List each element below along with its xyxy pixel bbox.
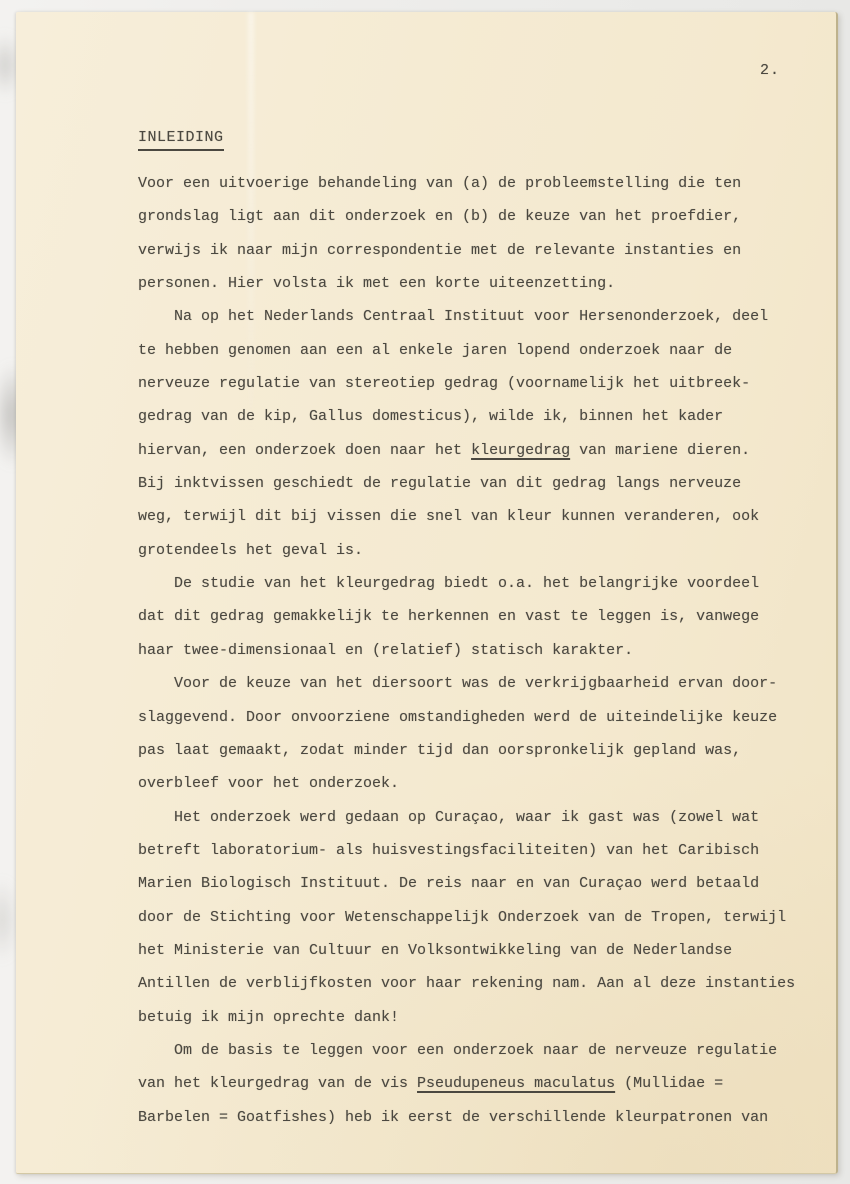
text-line: gedrag van de kip, Gallus domesticus), w…: [138, 405, 828, 438]
text-segment: Voor een uitvoerige behandeling van (a) …: [138, 175, 741, 192]
text-line: Antillen de verblijfkosten voor haar rek…: [138, 972, 828, 1005]
text-line: personen. Hier volsta ik met een korte u…: [138, 272, 828, 305]
text-segment: grondslag ligt aan dit onderzoek en (b) …: [138, 208, 741, 225]
text-line: Om de basis te leggen voor een onderzoek…: [138, 1039, 828, 1072]
text-line: pas laat gemaakt, zodat minder tijd dan …: [138, 739, 828, 772]
text-segment: (Mullidae =: [615, 1075, 723, 1092]
underlined-term: kleurgedrag: [471, 442, 570, 459]
text-segment: Om de basis te leggen voor een onderzoek…: [174, 1042, 777, 1059]
text-segment: Na op het Nederlands Centraal Instituut …: [174, 308, 768, 325]
text-line: Het onderzoek werd gedaan op Curaçao, wa…: [138, 806, 828, 839]
document-body: Voor een uitvoerige behandeling van (a) …: [138, 172, 828, 1139]
text-segment: van mariene dieren.: [570, 442, 750, 459]
text-line: overbleef voor het onderzoek.: [138, 772, 828, 805]
text-line: verwijs ik naar mijn correspondentie met…: [138, 239, 828, 272]
text-segment: grotendeels het geval is.: [138, 542, 363, 559]
page-number: 2.: [760, 62, 780, 79]
scanned-document-background: { "colors": { "paper": "#f5ebd3", "ink":…: [0, 0, 850, 1184]
text-line: slaggevend. Door onvoorziene omstandighe…: [138, 706, 828, 739]
text-segment: weg, terwijl dit bij vissen die snel van…: [138, 508, 759, 525]
text-segment: haar twee-dimensionaal en (relatief) sta…: [138, 642, 633, 659]
text-line: door de Stichting voor Wetenschappelijk …: [138, 906, 828, 939]
text-segment: het Ministerie van Cultuur en Volksontwi…: [138, 942, 732, 959]
underlined-term: Pseudupeneus maculatus: [417, 1075, 615, 1092]
text-line: Marien Biologisch Instituut. De reis naa…: [138, 872, 828, 905]
text-line: Voor een uitvoerige behandeling van (a) …: [138, 172, 828, 205]
document-page: 2. INLEIDING Voor een uitvoerige behande…: [16, 12, 838, 1174]
text-segment: Antillen de verblijfkosten voor haar rek…: [138, 975, 795, 992]
text-segment: te hebben genomen aan een al enkele jare…: [138, 342, 732, 359]
text-line: haar twee-dimensionaal en (relatief) sta…: [138, 639, 828, 672]
text-line: betuig ik mijn oprechte dank!: [138, 1006, 828, 1039]
text-segment: betuig ik mijn oprechte dank!: [138, 1009, 399, 1026]
text-line: nerveuze regulatie van stereotiep gedrag…: [138, 372, 828, 405]
text-segment: overbleef voor het onderzoek.: [138, 775, 399, 792]
text-line: grotendeels het geval is.: [138, 539, 828, 572]
text-segment: pas laat gemaakt, zodat minder tijd dan …: [138, 742, 741, 759]
text-segment: gedrag van de kip, Gallus domesticus), w…: [138, 408, 723, 425]
text-line: hiervan, een onderzoek doen naar het kle…: [138, 439, 828, 472]
section-heading: INLEIDING: [138, 129, 224, 151]
text-segment: hiervan, een onderzoek doen naar het: [138, 442, 471, 459]
text-segment: van het kleurgedrag van de vis: [138, 1075, 417, 1092]
text-line: Barbelen = Goatfishes) heb ik eerst de v…: [138, 1106, 828, 1139]
text-line: dat dit gedrag gemakkelijk te herkennen …: [138, 605, 828, 638]
text-line: van het kleurgedrag van de vis Pseudupen…: [138, 1072, 828, 1105]
text-segment: slaggevend. Door onvoorziene omstandighe…: [138, 709, 777, 726]
text-segment: De studie van het kleurgedrag biedt o.a.…: [174, 575, 759, 592]
text-segment: Het onderzoek werd gedaan op Curaçao, wa…: [174, 809, 759, 826]
text-line: De studie van het kleurgedrag biedt o.a.…: [138, 572, 828, 605]
text-segment: Barbelen = Goatfishes) heb ik eerst de v…: [138, 1109, 768, 1126]
text-segment: nerveuze regulatie van stereotiep gedrag…: [138, 375, 750, 392]
text-segment: personen. Hier volsta ik met een korte u…: [138, 275, 615, 292]
text-line: Na op het Nederlands Centraal Instituut …: [138, 305, 828, 338]
text-segment: Bij inktvissen geschiedt de regulatie va…: [138, 475, 741, 492]
text-line: het Ministerie van Cultuur en Volksontwi…: [138, 939, 828, 972]
text-segment: Voor de keuze van het diersoort was de v…: [174, 675, 777, 692]
text-segment: dat dit gedrag gemakkelijk te herkennen …: [138, 608, 759, 625]
text-segment: betreft laboratorium- als huisvestingsfa…: [138, 842, 759, 859]
text-segment: verwijs ik naar mijn correspondentie met…: [138, 242, 741, 259]
text-segment: Marien Biologisch Instituut. De reis naa…: [138, 875, 759, 892]
text-segment: door de Stichting voor Wetenschappelijk …: [138, 909, 786, 926]
text-line: te hebben genomen aan een al enkele jare…: [138, 339, 828, 372]
text-line: grondslag ligt aan dit onderzoek en (b) …: [138, 205, 828, 238]
text-line: Voor de keuze van het diersoort was de v…: [138, 672, 828, 705]
text-line: weg, terwijl dit bij vissen die snel van…: [138, 505, 828, 538]
text-line: Bij inktvissen geschiedt de regulatie va…: [138, 472, 828, 505]
text-line: betreft laboratorium- als huisvestingsfa…: [138, 839, 828, 872]
